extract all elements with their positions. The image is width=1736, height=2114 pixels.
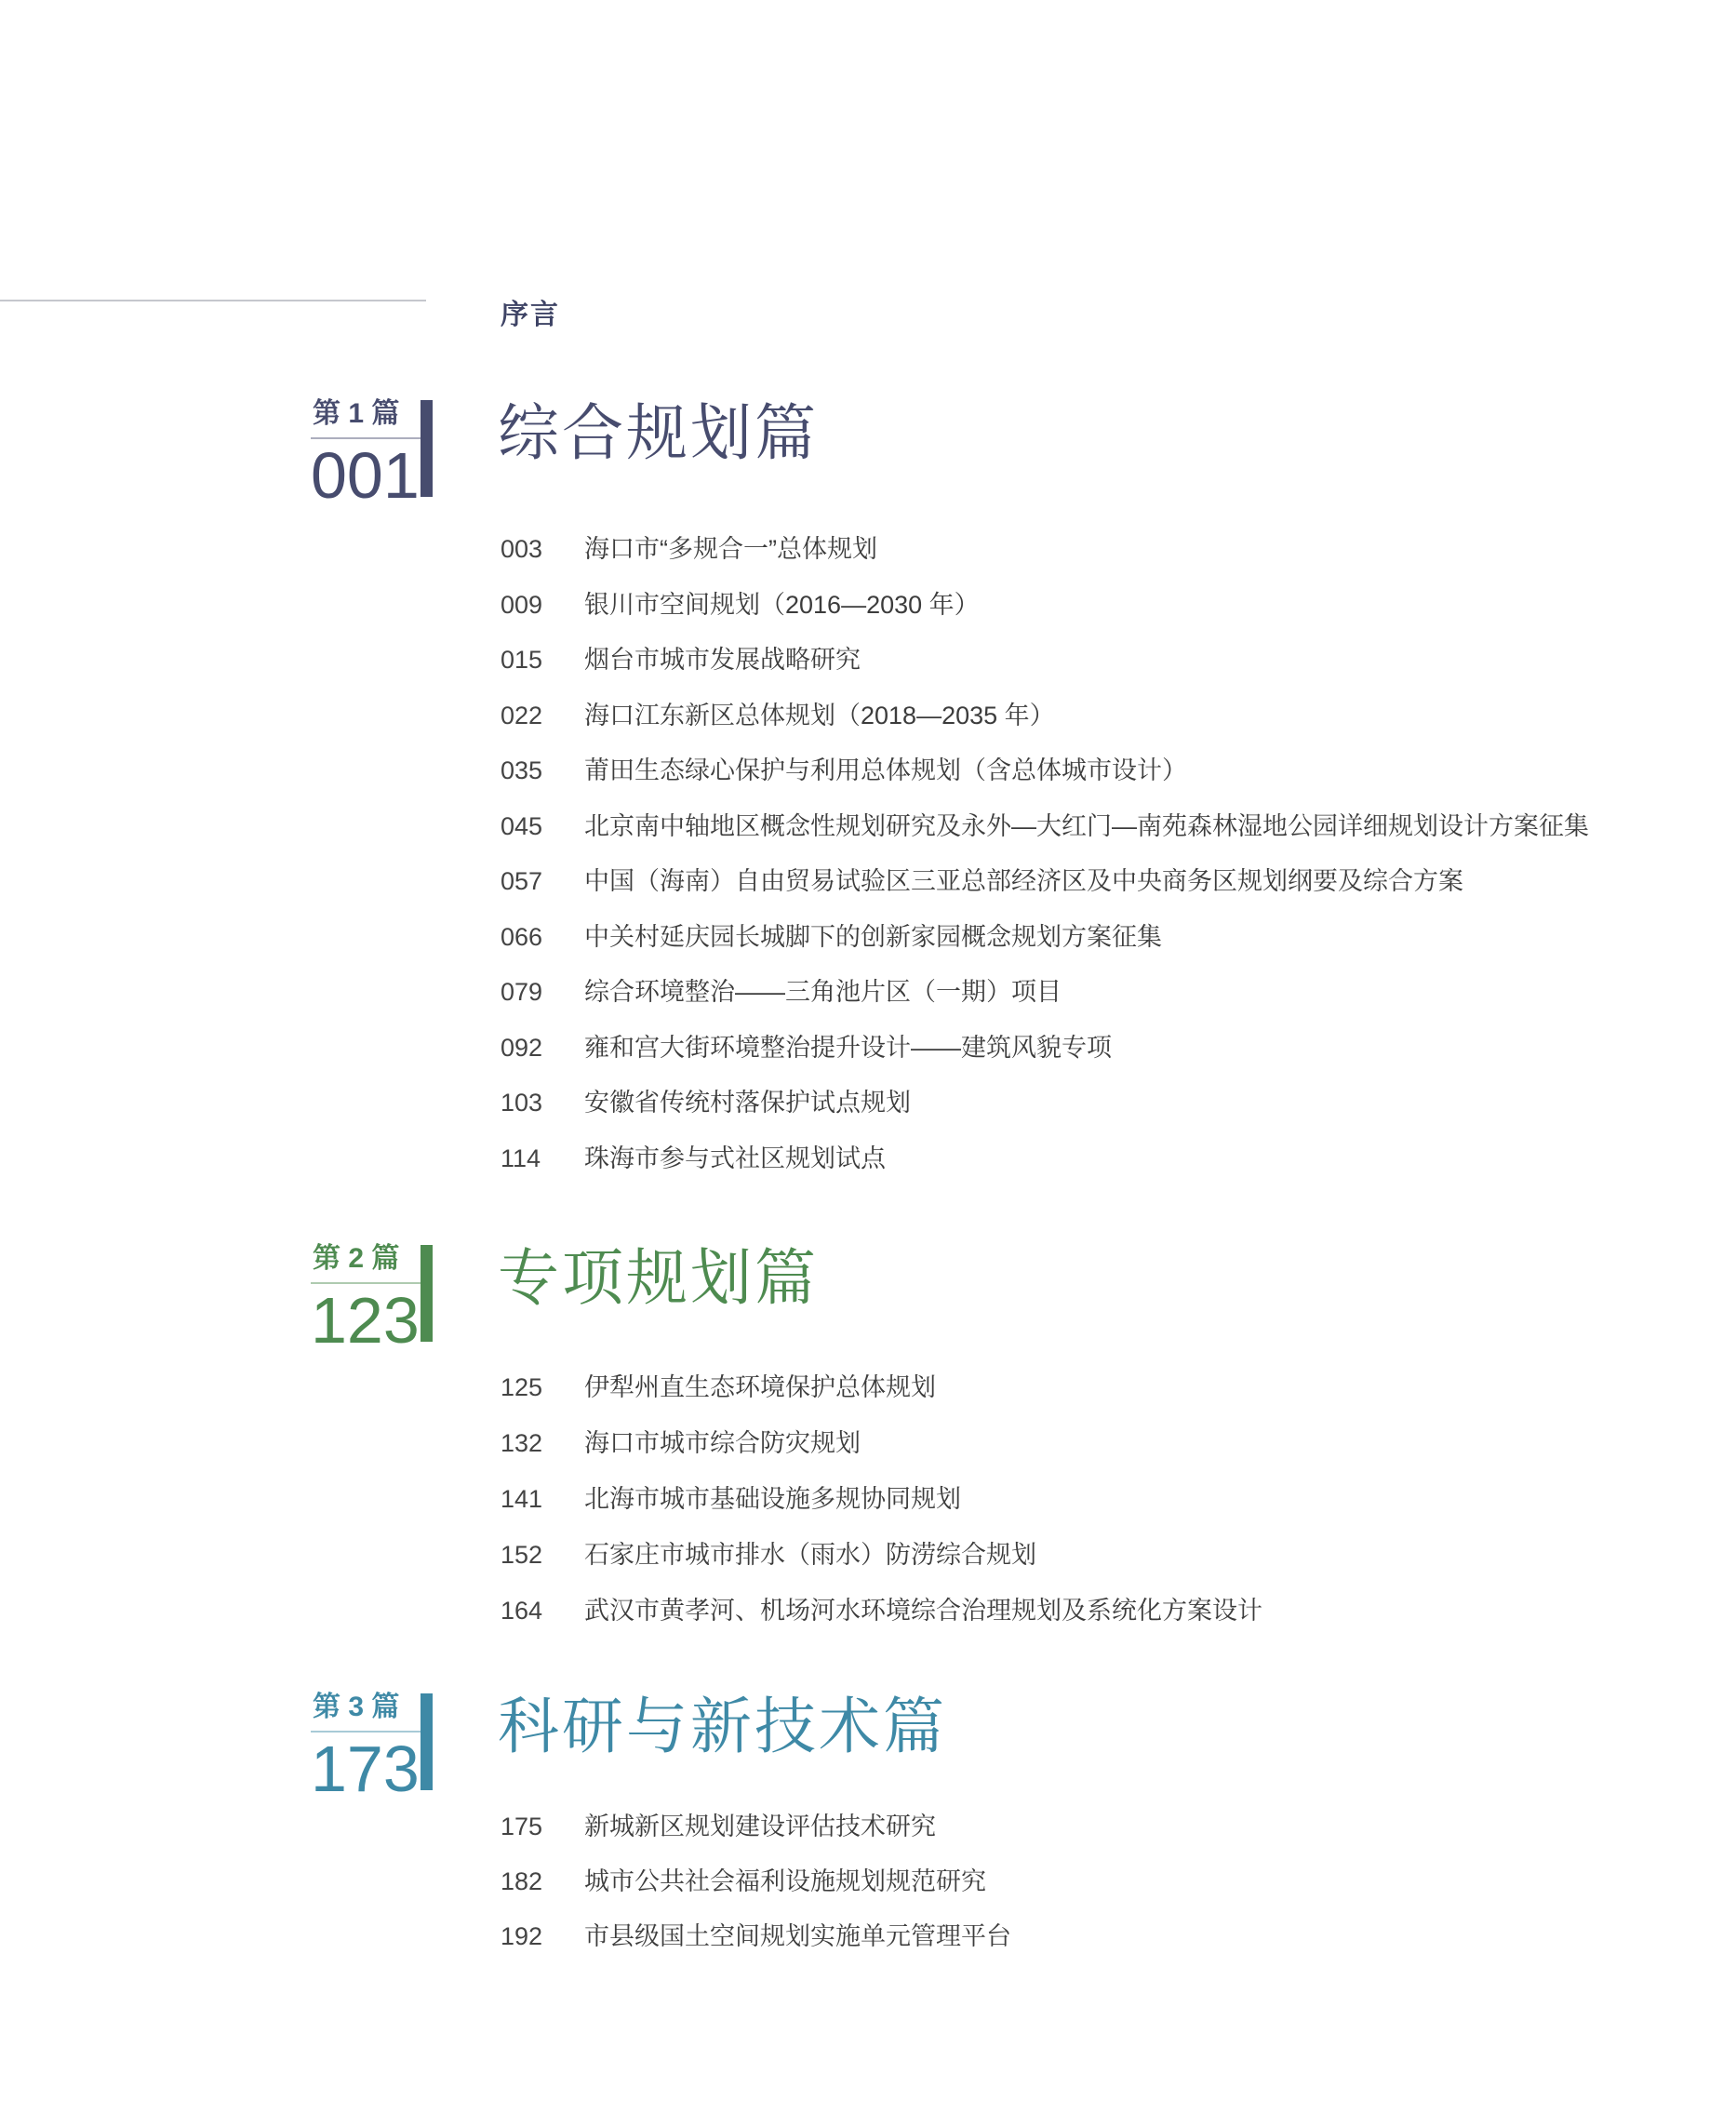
entry-page-number: 009 xyxy=(501,592,584,620)
part-accent-bar xyxy=(421,1693,433,1790)
toc-entry: 079综合环境整治——三角池片区（一期）项目 xyxy=(501,979,1062,1007)
entry-title: 珠海市参与式社区规划试点 xyxy=(584,1145,886,1173)
entry-title: 雍和宫大街环境整治提升设计——建筑风貌专项 xyxy=(584,1035,1112,1063)
entry-page-number: 192 xyxy=(501,1923,584,1951)
entry-page-number: 132 xyxy=(501,1430,584,1458)
entry-title: 莆田生态绿心保护与利用总体规划（含总体城市设计） xyxy=(584,757,1187,785)
entries-list: 003海口市“多规合一”总体规划009银川市空间规划（2016—2030 年）0… xyxy=(501,536,1710,1200)
part-page-number: 173 xyxy=(311,1736,420,1801)
entry-page-number: 125 xyxy=(501,1374,584,1402)
toc-entry: 015烟台市城市发展战略研究 xyxy=(501,647,861,675)
entry-page-number: 015 xyxy=(501,647,584,675)
entry-title: 中国（海南）自由贸易试验区三亚总部经济区及中央商务区规划纲要及综合方案 xyxy=(584,868,1463,896)
part-label: 第 3 篇 xyxy=(313,1693,399,1721)
entry-page-number: 103 xyxy=(501,1090,584,1117)
toc-entry: 003海口市“多规合一”总体规划 xyxy=(501,536,877,564)
toc-entry: 125伊犁州直生态环境保护总体规划 xyxy=(501,1374,936,1402)
part-accent-bar xyxy=(421,400,433,497)
toc-entry: 009银川市空间规划（2016—2030 年） xyxy=(501,592,980,620)
part-accent-bar xyxy=(421,1245,433,1342)
entries-list: 125伊犁州直生态环境保护总体规划132海口市城市综合防灾规划141北海市城市基… xyxy=(501,1374,1710,1653)
entry-page-number: 057 xyxy=(501,868,584,896)
header-rule xyxy=(0,300,426,301)
entry-page-number: 164 xyxy=(501,1598,584,1626)
entry-title: 北京南中轴地区概念性规划研究及永外—大红门—南苑森林湿地公园详细规划设计方案征集 xyxy=(584,813,1589,841)
entry-page-number: 092 xyxy=(501,1035,584,1063)
entry-title: 综合环境整治——三角池片区（一期）项目 xyxy=(584,979,1062,1007)
entry-title: 烟台市城市发展战略研究 xyxy=(584,647,861,675)
entry-title: 海口市城市综合防灾规划 xyxy=(584,1430,861,1458)
toc-entry: 114珠海市参与式社区规划试点 xyxy=(501,1145,886,1173)
entry-title: 市县级国土空间规划实施单元管理平台 xyxy=(584,1923,1011,1951)
entry-title: 伊犁州直生态环境保护总体规划 xyxy=(584,1374,936,1402)
toc-entry: 092雍和宫大街环境整治提升设计——建筑风貌专项 xyxy=(501,1035,1112,1063)
toc-entry: 045北京南中轴地区概念性规划研究及永外—大红门—南苑森林湿地公园详细规划设计方… xyxy=(501,813,1589,841)
entry-title: 中关村延庆园长城脚下的创新家园概念规划方案征集 xyxy=(584,924,1162,952)
entry-title: 北海市城市基础设施多规协同规划 xyxy=(584,1486,961,1514)
entry-page-number: 079 xyxy=(501,979,584,1007)
part-label: 第 2 篇 xyxy=(313,1245,399,1273)
toc-entry: 103安徽省传统村落保护试点规划 xyxy=(501,1090,911,1117)
toc-entry: 022海口江东新区总体规划（2018—2035 年） xyxy=(501,702,1055,730)
toc-entry: 066中关村延庆园长城脚下的创新家园概念规划方案征集 xyxy=(501,924,1162,952)
entry-page-number: 152 xyxy=(501,1542,584,1570)
entry-title: 城市公共社会福利设施规划规范研究 xyxy=(584,1868,986,1896)
toc-entry: 132海口市城市综合防灾规划 xyxy=(501,1430,861,1458)
entries-list: 175新城新区规划建设评估技术研究182城市公共社会福利设施规划规范研究192市… xyxy=(501,1813,1710,1978)
entry-title: 海口市“多规合一”总体规划 xyxy=(584,536,877,564)
preface-label: 序言 xyxy=(501,301,560,329)
toc-entry: 164武汉市黄孝河、机场河水环境综合治理规划及系统化方案设计 xyxy=(501,1598,1262,1626)
entry-page-number: 035 xyxy=(501,757,584,785)
entry-title: 石家庄市城市排水（雨水）防涝综合规划 xyxy=(584,1542,1036,1570)
entry-page-number: 022 xyxy=(501,702,584,730)
entry-page-number: 003 xyxy=(501,536,584,564)
section-title: 综合规划篇 xyxy=(498,402,819,463)
part-label: 第 1 篇 xyxy=(313,400,399,428)
toc-entry: 035莆田生态绿心保护与利用总体规划（含总体城市设计） xyxy=(501,757,1187,785)
part-page-number: 123 xyxy=(311,1288,420,1353)
toc-entry: 141北海市城市基础设施多规协同规划 xyxy=(501,1486,961,1514)
entry-title: 安徽省传统村落保护试点规划 xyxy=(584,1090,911,1117)
entry-title: 海口江东新区总体规划（2018—2035 年） xyxy=(584,702,1055,730)
section-title: 科研与新技术篇 xyxy=(498,1695,947,1757)
entry-page-number: 182 xyxy=(501,1868,584,1896)
part-page-number: 001 xyxy=(311,443,420,508)
entry-title: 新城新区规划建设评估技术研究 xyxy=(584,1813,936,1841)
toc-entry: 057中国（海南）自由贸易试验区三亚总部经济区及中央商务区规划纲要及综合方案 xyxy=(501,868,1463,896)
toc-entry: 192市县级国土空间规划实施单元管理平台 xyxy=(501,1923,1011,1951)
entry-title: 武汉市黄孝河、机场河水环境综合治理规划及系统化方案设计 xyxy=(584,1598,1262,1626)
toc-entry: 182城市公共社会福利设施规划规范研究 xyxy=(501,1868,986,1896)
entry-page-number: 141 xyxy=(501,1486,584,1514)
entry-page-number: 045 xyxy=(501,813,584,841)
section-title: 专项规划篇 xyxy=(498,1247,819,1308)
toc-entry: 152石家庄市城市排水（雨水）防涝综合规划 xyxy=(501,1542,1036,1570)
entry-title: 银川市空间规划（2016—2030 年） xyxy=(584,592,980,620)
toc-page: 序言 第 1 篇001综合规划篇003海口市“多规合一”总体规划009银川市空间… xyxy=(0,0,1736,2114)
entry-page-number: 066 xyxy=(501,924,584,952)
toc-entry: 175新城新区规划建设评估技术研究 xyxy=(501,1813,936,1841)
entry-page-number: 114 xyxy=(501,1145,584,1173)
entry-page-number: 175 xyxy=(501,1813,584,1841)
